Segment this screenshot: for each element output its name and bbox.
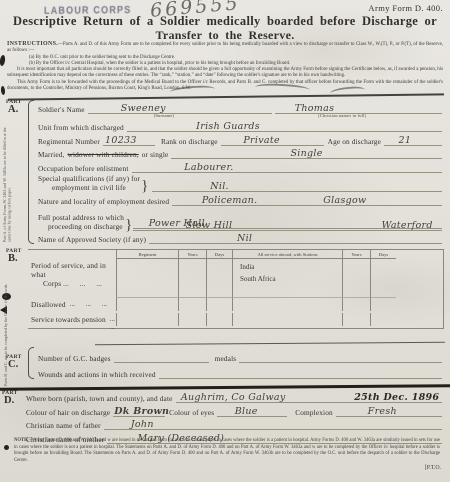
address-row: Full postal address to which proceeding … <box>38 213 442 231</box>
society-field: Nil <box>149 232 442 244</box>
appearance-row: Colour of hair on discharge Dk Brown Col… <box>26 405 442 417</box>
pension-label-cell: Service towards pension ... ... <box>28 313 116 328</box>
form-title: Descriptive Return of a Soldier medicall… <box>0 15 450 42</box>
form-title-line1: Descriptive Return of a Soldier medicall… <box>0 15 450 29</box>
age-value: 21 <box>399 135 412 146</box>
table-corner-cell <box>28 250 116 259</box>
instructions-para3: This Army Form is to be forwarded with t… <box>7 80 443 93</box>
regimental-number-label: Regimental Number <box>38 137 100 146</box>
service-table: Regiment Years Days All service abroad, … <box>28 249 444 329</box>
occupation-row: Occupation before enlistment Labourer. <box>38 161 442 173</box>
disallowed-days-cell <box>206 298 232 311</box>
regimental-row: Regimental Number 10233 Rank on discharg… <box>38 134 442 146</box>
father-field: John <box>104 418 442 430</box>
part-c-letter: C. <box>8 360 28 370</box>
closing-brace-glyph: } <box>125 219 132 231</box>
abroad-station-south-africa: South Africa <box>240 274 342 286</box>
surname-field: Sweeney (Surname) <box>88 102 272 114</box>
disallowed-regiment-cell <box>116 298 178 311</box>
complexion-value: Fresh <box>368 406 397 417</box>
pension-days2-cell <box>370 313 396 326</box>
pension-years2-cell <box>342 313 370 326</box>
period-label-corps: Corps <box>43 279 61 288</box>
disallowed-dots: ... ... ... <box>70 300 107 308</box>
part-a-content: Soldier's Name Sweeney (Surname) Thomas … <box>38 100 450 244</box>
employment-row: Nature and locality of employment desire… <box>38 194 442 206</box>
eyes-value: Blue <box>235 406 258 417</box>
pension-label: Service towards pension <box>31 315 106 324</box>
disallowed-years-cell <box>178 298 206 311</box>
wounds-label: Wounds and actions in which received <box>38 370 156 379</box>
born-label: Where born (parish, town and county), an… <box>26 394 173 403</box>
part-b-section: PART B. Parts B. and C. are to be comple… <box>0 249 450 329</box>
address-fields: Power Hall Slow Hill Waterford <box>133 228 442 231</box>
qualifications-field: Nil. <box>152 180 442 192</box>
days-home-cell <box>206 259 232 298</box>
qualifications-label-line1: Special qualifications (if any) for <box>38 174 140 183</box>
disallowed-label: Disallowed <box>31 300 66 309</box>
part-b-margin: PART B. Parts B. and C. are to be comple… <box>0 249 28 329</box>
address-value-line3: Waterford <box>382 220 433 231</box>
disallowed-years2-cell <box>342 298 370 311</box>
complexion-label: Complexion <box>295 408 333 417</box>
hair-value: Dk Brown <box>114 406 169 417</box>
scanned-army-form: Army Form D. 400. LABOUR CORPS 669555 De… <box>0 0 450 482</box>
address-field-line2: Slow Hill Waterford <box>133 230 442 231</box>
born-row: Where born (parish, town and county), an… <box>26 391 442 403</box>
footer-note: NOTE.—Army Forms D. 400 and W. 3463a and… <box>14 438 440 464</box>
abroad-stations-cell: India South Africa <box>232 259 342 298</box>
soldier-name-row: Soldier's Name Sweeney (Surname) Thomas … <box>38 102 442 114</box>
part-b-letter: B. <box>8 254 28 264</box>
marital-row: Married, widower with children, or singl… <box>38 147 442 159</box>
qualifications-label: Special qualifications (if any) for empl… <box>38 174 140 192</box>
society-label: Name of Approved Society (if any) <box>38 235 146 244</box>
part-a-side-note: Part A. of Army Forms W. 3463 and W. 346… <box>3 124 15 242</box>
years-abroad-cell <box>342 259 370 298</box>
born-field: Aughrim, Co Galway 25th Dec. 1896 <box>176 391 442 403</box>
disallowed-days2-cell <box>370 298 396 311</box>
wounds-row: Wounds and actions in which received <box>38 367 442 379</box>
period-label-line2: Corps ... ... ... <box>43 279 114 289</box>
regiment-cell <box>116 259 178 298</box>
hair-field: Dk Brown <box>113 405 165 417</box>
part-a-brace <box>28 100 34 244</box>
medals-label: medals <box>215 354 237 363</box>
age-label: Age on discharge <box>328 137 381 146</box>
part-d-content: Where born (parish, town and county), an… <box>26 391 450 444</box>
address-value-line2: Slow Hill <box>186 220 233 231</box>
rank-label: Rank on discharge <box>161 137 218 146</box>
col-header-days-home: Days <box>206 250 232 259</box>
hair-label: Colour of hair on discharge <box>26 408 110 417</box>
col-header-years-home: Years <box>178 250 206 259</box>
eyes-field: Blue <box>217 405 287 417</box>
years-home-cell <box>178 259 206 298</box>
qualifications-row: Special qualifications (if any) for empl… <box>38 174 442 192</box>
closing-brace-glyph: } <box>141 180 148 192</box>
address-label-line2: proceeding on discharge <box>48 222 124 231</box>
note-body: —Army Forms D. 400 and W. 3463a and w ar… <box>14 438 440 463</box>
father-label: Christian name of father <box>26 421 101 430</box>
pension-dots: ... ... <box>110 315 115 331</box>
instructions-lead: INSTRUCTIONS. <box>7 41 58 47</box>
rank-field: Private <box>221 134 324 146</box>
qualifications-value: Nil. <box>210 181 229 192</box>
unit-value: Irish Guards <box>196 121 260 132</box>
pto-label: [P.T.O. <box>425 465 441 471</box>
period-dots: ... ... ... <box>63 280 102 288</box>
born-place-value: Aughrim, Co Galway <box>181 392 286 403</box>
col-header-regiment: Regiment <box>116 250 178 259</box>
occupation-label: Occupation before enlistment <box>38 164 129 173</box>
eyes-label: Colour of eyes <box>169 408 214 417</box>
col-header-abroad: All service abroad, with Stations <box>232 250 342 259</box>
period-of-service-label-cell: Period of service, and in what Corps ...… <box>28 259 116 298</box>
christian-names-caption: (Christian names in full) <box>318 113 366 118</box>
part-d-section: PART D. Where born (parish, town and cou… <box>0 391 450 444</box>
occupation-value: Labourer. <box>184 162 233 173</box>
part-d-margin: PART D. <box>0 391 26 444</box>
unit-field: Irish Guards <box>127 120 442 132</box>
marital-value: Single <box>290 148 322 159</box>
period-label-line1: Period of service, and in what <box>31 261 114 279</box>
disallowed-label-cell: Disallowed ... ... ... <box>28 298 116 313</box>
unit-label: Unit from which discharged <box>38 123 124 132</box>
part-c-margin: PART C. <box>0 347 28 379</box>
pension-regiment-cell <box>116 313 178 326</box>
part-a-margin: PART A. Part A. of Army Forms W. 3463 an… <box>0 100 28 244</box>
instructions-para2: It is most important that all particular… <box>7 67 443 80</box>
pension-abroad-cell <box>232 313 342 326</box>
part-c-section: PART C. Number of G.C. badges medals Wou… <box>0 347 450 379</box>
employment-value-occupation: Policeman. <box>202 195 258 206</box>
employment-value-locality: Glasgow <box>323 195 366 206</box>
col-header-days-abroad: Days <box>370 250 396 259</box>
note-bullet-mark <box>4 445 9 450</box>
part-c-content: Number of G.C. badges medals Wounds and … <box>38 347 450 379</box>
days-abroad-cell <box>370 259 396 298</box>
society-row: Name of Approved Society (if any) Nil <box>38 232 442 244</box>
complexion-field: Fresh <box>336 405 442 417</box>
marital-label-struck: widower with children, <box>68 150 139 159</box>
christian-names-field: Thomas (Christian names in full) <box>275 102 442 114</box>
marital-label-pre: Married, <box>38 150 65 159</box>
heavy-divider-line <box>0 384 450 390</box>
instructions-intro-text: —Parts A. and D. of this Army Form are t… <box>7 42 443 53</box>
regimental-number-value: 10233 <box>105 135 137 146</box>
instructions-intro: INSTRUCTIONS.—Parts A. and D. of this Ar… <box>7 41 443 55</box>
society-value: Nil <box>237 233 252 244</box>
address-label-line1: Full postal address to which <box>38 213 124 222</box>
scan-mark <box>0 55 6 67</box>
wounds-field <box>159 367 442 379</box>
address-label: Full postal address to which proceeding … <box>38 213 124 231</box>
scan-mark <box>1 86 6 95</box>
soldier-name-label: Soldier's Name <box>38 105 85 114</box>
regimental-number-field: 10233 <box>103 134 155 146</box>
rank-value: Private <box>243 135 280 146</box>
part-a-section: PART A. Part A. of Army Forms W. 3463 an… <box>0 100 450 244</box>
form-reference: Army Form D. 400. <box>368 3 443 13</box>
abroad-station-india: India <box>240 262 342 274</box>
qualifications-label-line2: employment in civil life <box>52 183 140 192</box>
pension-years-cell <box>178 313 206 326</box>
occupation-field: Labourer. <box>132 161 442 173</box>
badges-row: Number of G.C. badges medals <box>38 351 442 363</box>
marital-field: Single <box>171 147 442 159</box>
marital-label-post: or single <box>142 150 169 159</box>
pension-days-cell <box>206 313 232 326</box>
employment-label: Nature and locality of employment desire… <box>38 197 169 206</box>
instructions-block: INSTRUCTIONS.—Parts A. and D. of this Ar… <box>7 41 443 92</box>
form-title-line2: Transfer to the Reserve. <box>0 29 450 42</box>
part-d-letter: D. <box>4 396 26 406</box>
employment-field: Policeman. Glasgow <box>172 194 442 206</box>
unit-row: Unit from which discharged Irish Guards <box>38 120 442 132</box>
born-date-value: 25th Dec. 1896 <box>354 392 439 403</box>
age-field: 21 <box>384 134 442 146</box>
part-c-brace <box>28 347 34 379</box>
part-c-separator-line <box>95 342 445 346</box>
note-lead: NOTE. <box>14 438 28 443</box>
disallowed-abroad-cell <box>232 298 342 311</box>
gc-badges-field <box>114 351 209 363</box>
gc-badges-label: Number of G.C. badges <box>38 354 111 363</box>
medals-field <box>239 351 442 363</box>
father-row: Christian name of father John <box>26 418 442 430</box>
father-value: John <box>131 419 154 430</box>
surname-caption: (Surname) <box>154 113 174 118</box>
col-header-years-abroad: Years <box>342 250 370 259</box>
part-a-letter: A. <box>8 105 28 115</box>
